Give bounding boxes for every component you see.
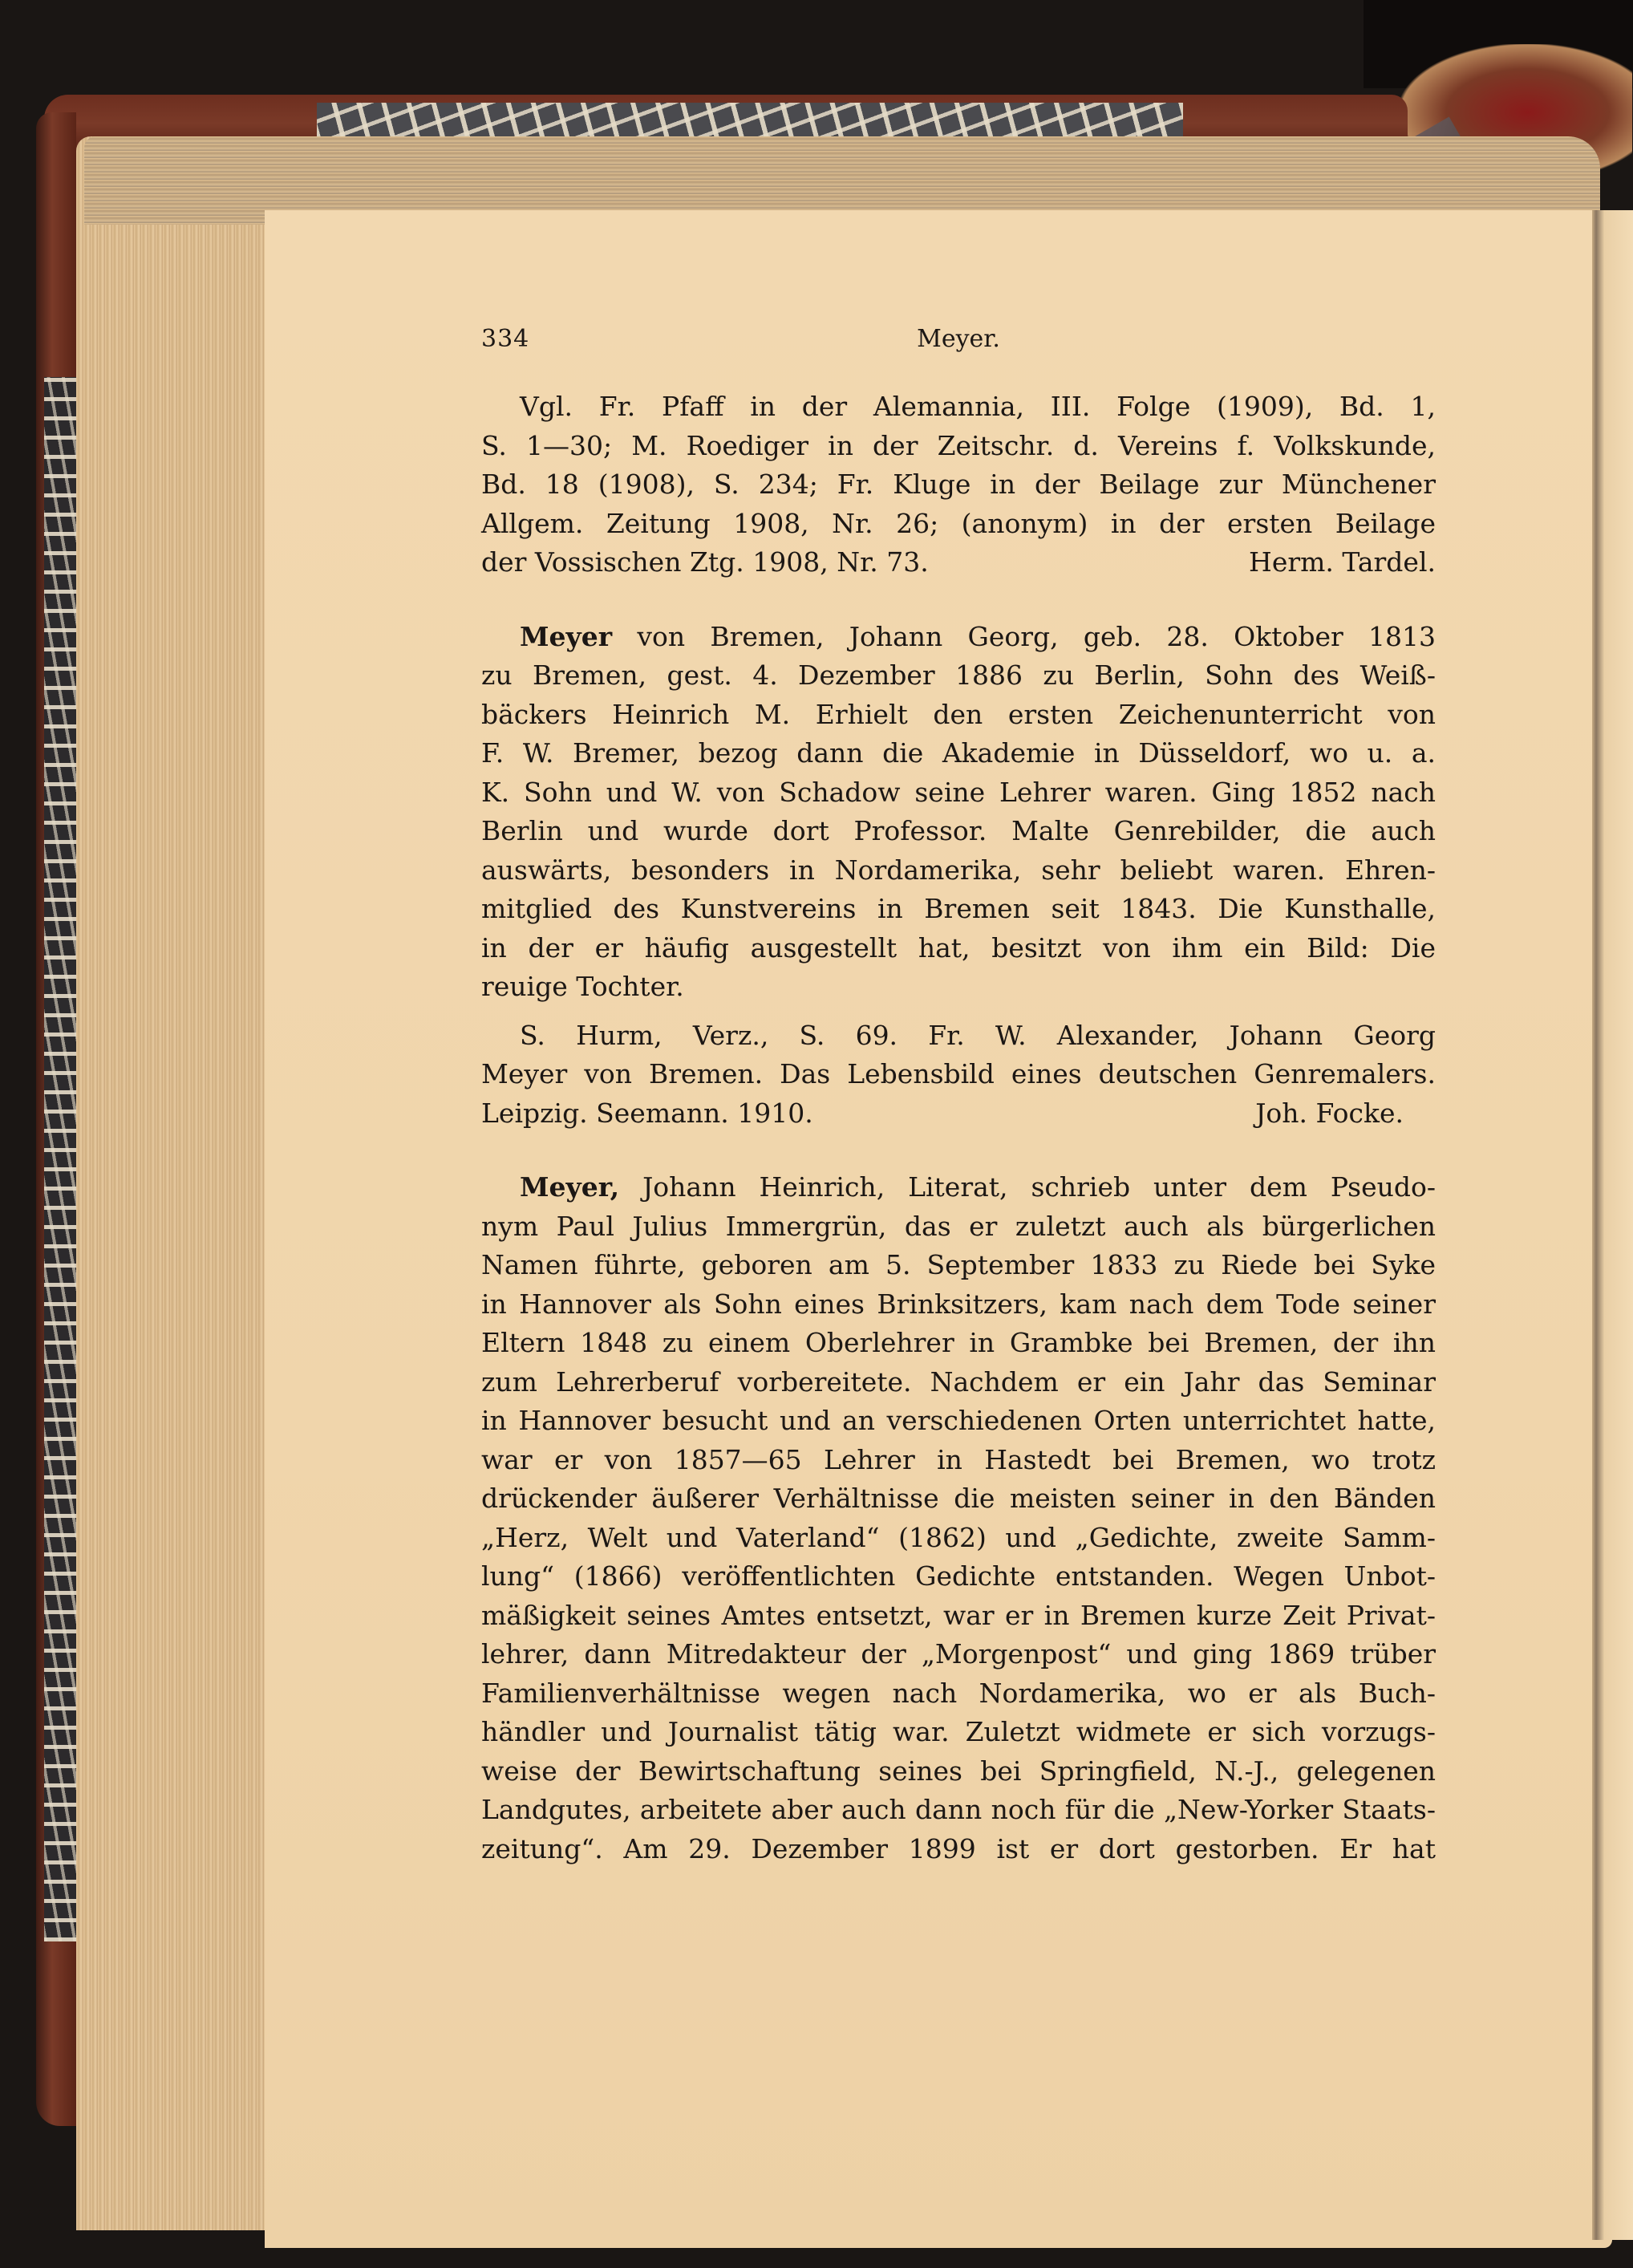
entry-bibliography-previous: Vgl. Fr. Pfaff in der Alemannia, III. Fo… [481,387,1436,582]
running-head: 334 Meyer. [481,325,1436,368]
text-line: lung“ (1866) veröffentlichten Gedichte e… [481,1557,1436,1597]
text-line: Bd. 18 (1908), S. 234; Fr. Kluge in der … [481,465,1436,505]
text-line: reuige Tochter. [481,968,1436,1007]
text-line: Leipzig. Seemann. 1910. Joh. Focke. [481,1094,1436,1134]
text-line: S. Hurm, Verz., S. 69. Fr. W. Alexander,… [481,1016,1436,1056]
text-line: mitglied des Kunstvereins in Bremen seit… [481,890,1436,929]
entry-meyer-von-bremen: Meyer von Bremen, Johann Georg, geb. 28.… [481,618,1436,1007]
text-line: lehrer, dann Mitredakteur der „Morgenpos… [481,1635,1436,1674]
text-line: Vgl. Fr. Pfaff in der Alemannia, III. Fo… [481,387,1436,427]
text-line: Meyer von Bremen, Johann Georg, geb. 28.… [481,618,1436,657]
text-line: S. 1—30; M. Roediger in der Zeitschr. d.… [481,427,1436,466]
marbled-endpaper-left [44,377,78,1941]
marbled-endpaper-top [317,103,1183,141]
text-line: war er von 1857—65 Lehrer in Hastedt bei… [481,1441,1436,1480]
text-line: bäckers Heinrich M. Erhielt den ersten Z… [481,696,1436,735]
text-line: Landgutes, arbeitete aber auch dann noch… [481,1791,1436,1830]
text-line: händler und Journalist tätig war. Zuletz… [481,1713,1436,1752]
running-head-title: Meyer. [481,325,1436,353]
text-fragment: Leipzig. Seemann. 1910. [481,1097,813,1129]
text-line: mäßigkeit seines Amtes entsetzt, war er … [481,1597,1436,1636]
page-stack-edge [76,136,269,2230]
author-signature: Herm. Tardel. [1249,543,1436,582]
text-line: Familienverhältnisse wegen nach Nordamer… [481,1674,1436,1714]
text-line: K. Sohn und W. von Schadow seine Lehrer … [481,773,1436,813]
text-line: weise der Bewirtschaftung seines bei Spr… [481,1752,1436,1791]
text-line: der Vossischen Ztg. 1908, Nr. 73. Herm. … [481,543,1436,582]
text-line: zum Lehrerberuf vorbereitete. Nachdem er… [481,1363,1436,1402]
text-line: Namen führte, geboren am 5. September 18… [481,1246,1436,1285]
text-line: zu Bremen, gest. 4. Dezember 1886 zu Ber… [481,656,1436,696]
text-line: Meyer von Bremen. Das Lebensbild eines d… [481,1055,1436,1094]
book-gutter [1592,210,1633,2240]
text-fragment: der Vossischen Ztg. 1908, Nr. 73. [481,546,929,578]
text-line: zeitung“. Am 29. Dezember 1899 ist er do… [481,1830,1436,1869]
text-line: Allgem. Zeitung 1908, Nr. 26; (anonym) i… [481,505,1436,544]
text-line: nym Paul Julius Immergrün, das er zuletz… [481,1207,1436,1247]
text-line: in der er häufig ausgestellt hat, besitz… [481,929,1436,968]
entry-headword: Meyer, [520,1171,619,1203]
entry-meyer-johann-heinrich: Meyer, Johann Heinrich, Literat, schrieb… [481,1168,1436,1868]
text-line: F. W. Bremer, bezog dann die Akademie in… [481,734,1436,773]
text-block: 334 Meyer. Vgl. Fr. Pfaff in der Alemann… [481,325,1436,1868]
text-fragment: von Bremen, Johann Georg, geb. 28. Oktob… [612,621,1436,652]
text-line: in Hannover besucht und an verschiedenen… [481,1402,1436,1441]
text-line: Eltern 1848 zu einem Oberlehrer in Gramb… [481,1324,1436,1363]
text-line: drückender äußerer Verhältnisse die meis… [481,1479,1436,1519]
text-line: in Hannover als Sohn eines Brinksitzers,… [481,1285,1436,1325]
text-line: Meyer, Johann Heinrich, Literat, schrieb… [481,1168,1436,1207]
text-line: auswärts, besonders in Nordamerika, sehr… [481,851,1436,891]
author-signature: Joh. Focke. [1255,1094,1404,1134]
text-line: Berlin und wurde dort Professor. Malte G… [481,812,1436,851]
text-line: „Herz, Welt und Vaterland“ (1862) und „G… [481,1519,1436,1558]
entry-headword: Meyer [520,621,612,652]
entry-meyer-von-bremen-bibliography: S. Hurm, Verz., S. 69. Fr. W. Alexander,… [481,1016,1436,1134]
text-fragment: Johann Heinrich, Literat, schrieb unter … [619,1171,1436,1203]
